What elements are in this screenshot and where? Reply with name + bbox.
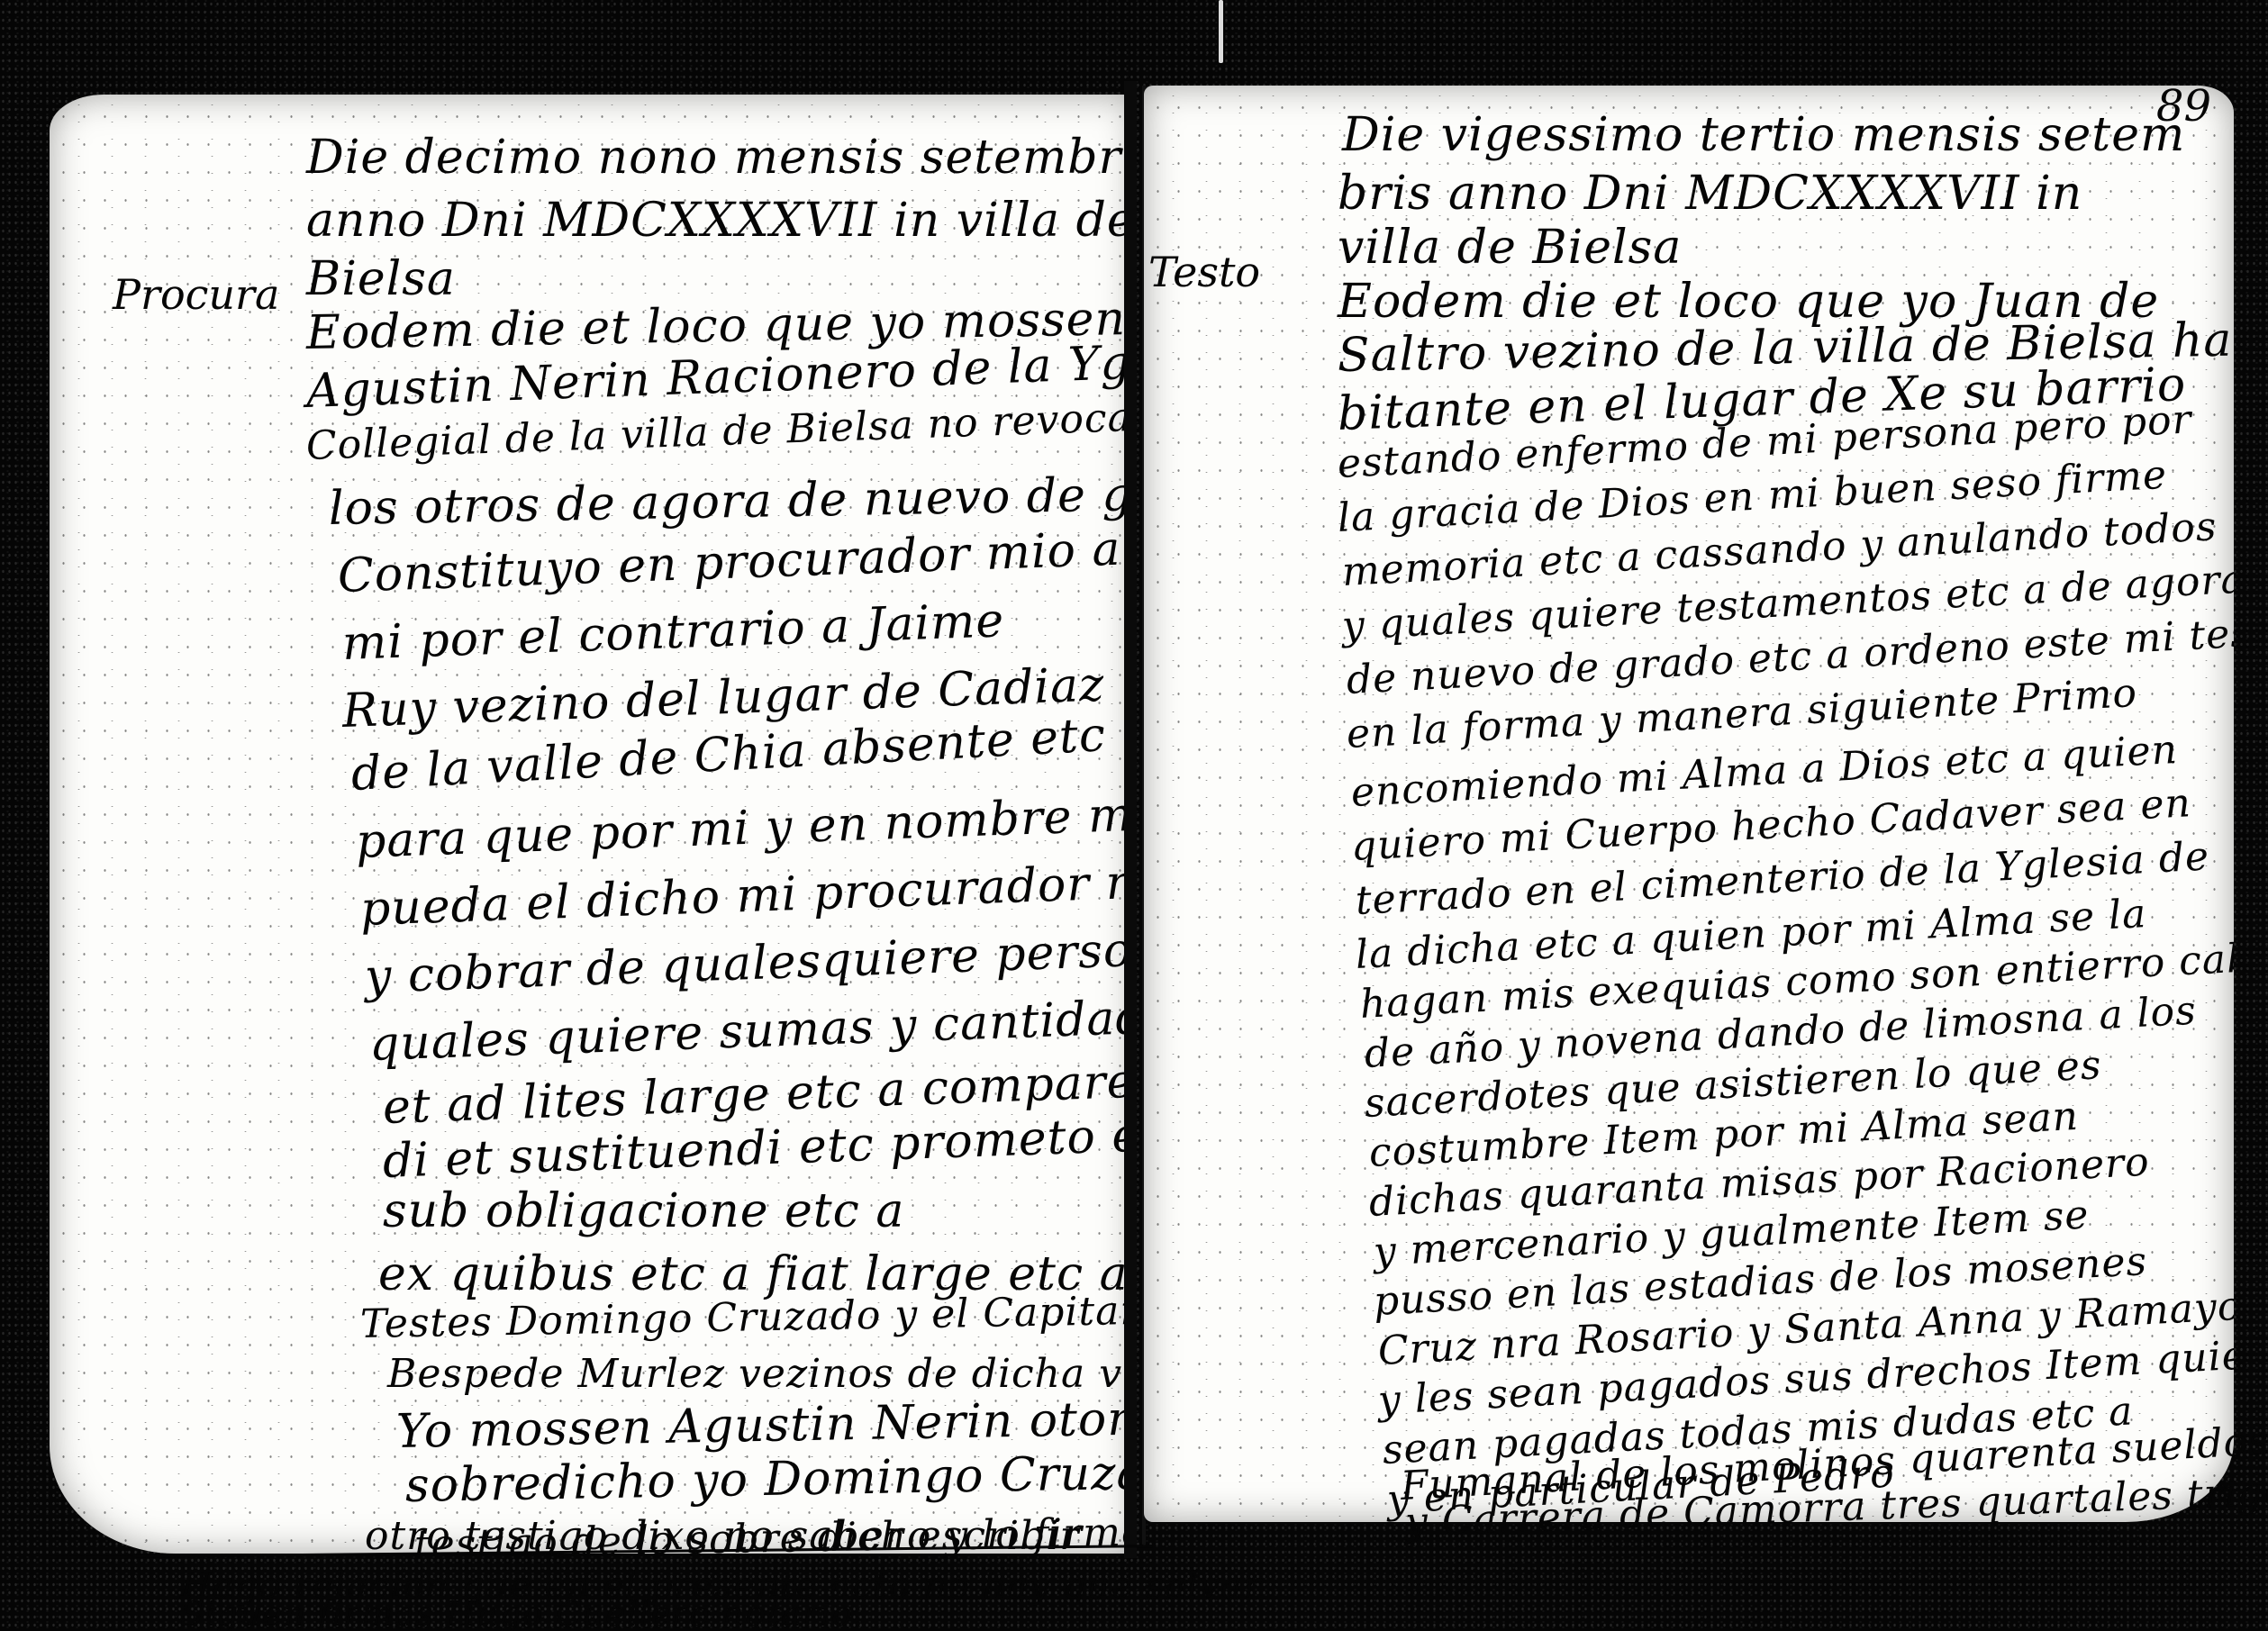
- left-page-text: Die decimo nono mensis setembris anno Dn…: [50, 95, 1135, 1554]
- text-line: y cobrar de qualesquiere personas: [364, 920, 1135, 1004]
- text-line: sub obligacione etc a: [383, 1184, 904, 1238]
- right-page: 89 Testo Die vigessimo tertio mensis set…: [1144, 86, 2234, 1522]
- binding-gutter: [1124, 81, 1137, 1558]
- text-line: Die decimo nono mensis setembris: [306, 131, 1135, 185]
- text-line: mi por el contrario a Jaime: [341, 594, 1005, 671]
- text-line: para que por mi y en nombre mio: [355, 786, 1135, 869]
- footer-note-line: Siguen firmas Hugo Cuellero notario.: [180, 1594, 864, 1631]
- left-page: Procura Die decimo nono mensis setembris…: [50, 95, 1135, 1554]
- text-line: villa de Bielsa: [1338, 221, 1682, 275]
- text-line: Bielsa: [306, 252, 456, 306]
- scan-artifact-mark: [1219, 0, 1223, 63]
- text-line: Die vigessimo tertio mensis setem: [1342, 108, 2185, 162]
- text-line: bris anno Dni MDCXXXXVII in: [1338, 167, 2082, 221]
- text-line: Bespede Murlez vezinos de dicha villa: [387, 1351, 1135, 1397]
- text-line: anno Dni MDCXXXXVII in villa de: [306, 194, 1135, 248]
- right-page-text: Die vigessimo tertio mensis setem bris a…: [1144, 86, 2234, 1522]
- text-line: Constituyo en procurador mio a: [337, 522, 1121, 603]
